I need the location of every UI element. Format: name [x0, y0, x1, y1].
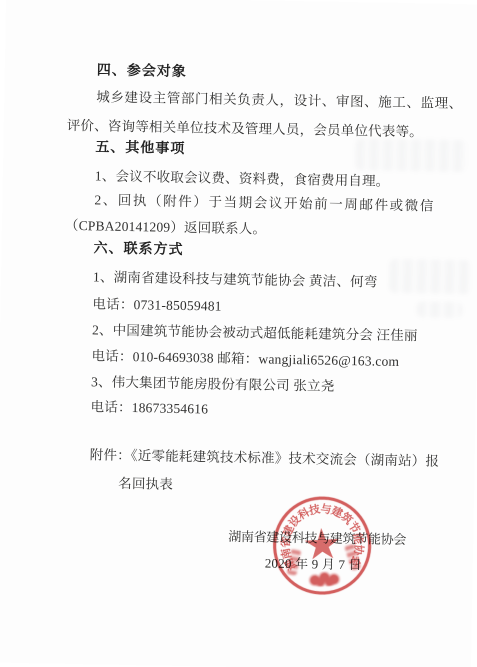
- section5-item1: 1、会议不收取会议费、资料费，食宿费用自理。: [95, 164, 390, 189]
- contact-tel: 电话：010-64693038 邮箱：wangjiali6526@163.com: [91, 344, 399, 370]
- section6-heading: 六、联系方式: [93, 237, 183, 259]
- bleed-through-artifact: [355, 138, 468, 172]
- section4-paragraph-line1: 城乡建设主管部门相关负责人，设计、审图、施工、监理、: [96, 85, 463, 112]
- official-seal: 湖南省建设科技与建筑节能协会: [270, 493, 375, 598]
- bleed-through-artifact: [416, 301, 462, 318]
- contact-name: 2、中国建筑节能协会被动式超低能耗建筑分会 汪佳丽: [92, 318, 418, 344]
- section5-heading: 五、其他事项: [95, 136, 185, 158]
- contact-name: 1、湖南省建设科技与建筑节能协会 黄洁、何弯: [93, 265, 378, 290]
- contact-tel: 电话：0731-85059481: [92, 292, 222, 314]
- section5-item2-line2: （CPBA20141209）返回联系人。: [65, 214, 267, 238]
- attachment-line2: 名回执表: [118, 472, 173, 493]
- scanned-document-page: 四、参会对象 城乡建设主管部门相关负责人，设计、审图、施工、监理、 评价、咨询等…: [0, 0, 477, 667]
- section5-item2-line1: 2、回执（附件）于当期会议开始前一周邮件或微信: [94, 188, 435, 214]
- section4-heading: 四、参会对象: [97, 59, 187, 81]
- contact-name: 3、伟大集团节能房股份有限公司 张立尧: [91, 370, 335, 394]
- attachment-line1: 附件：《近零能耗建筑技术标准》技术交流会（湖南站）报: [90, 443, 440, 469]
- contact-tel: 电话：18673354616: [90, 395, 208, 417]
- bleed-through-artifact: [389, 259, 472, 294]
